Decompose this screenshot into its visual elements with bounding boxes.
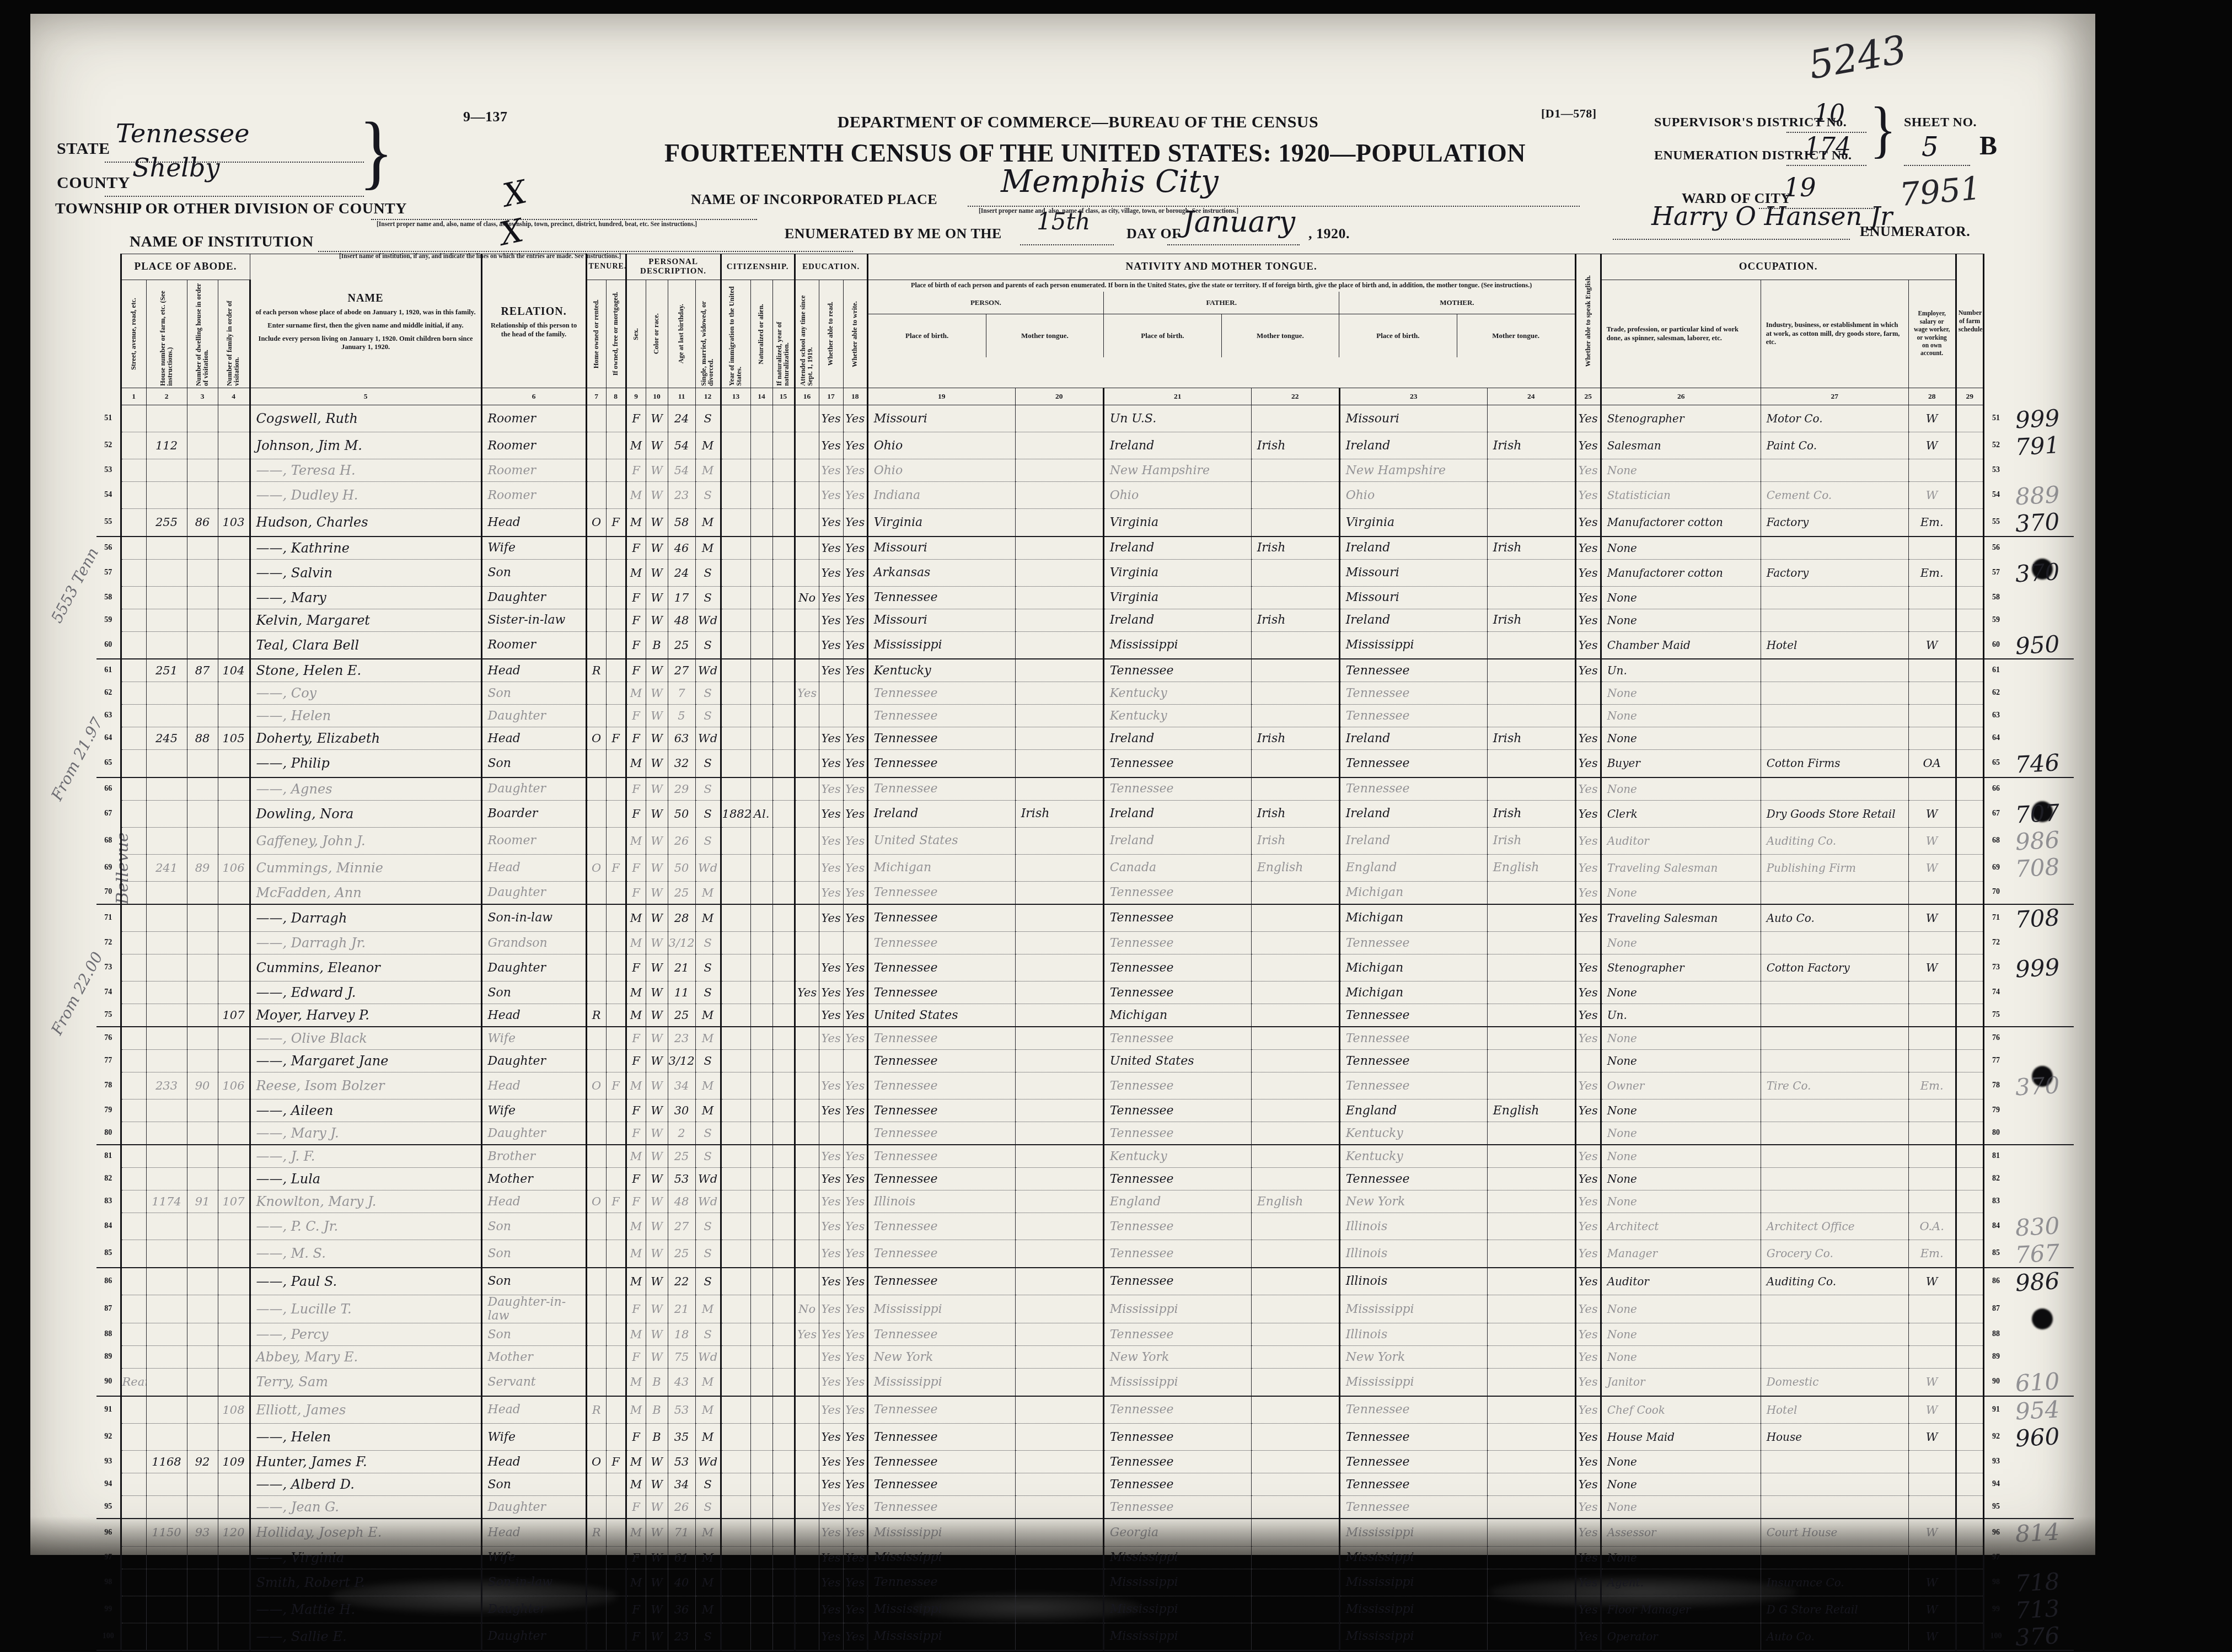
cell-write: Yes xyxy=(843,586,867,609)
group-name: NAME of each person whose place of abode… xyxy=(250,254,481,388)
cell-mt xyxy=(1015,405,1103,432)
cell-pob: Tennessee xyxy=(867,981,1015,1004)
table-header: PLACE OF ABODE. NAME of each person whos… xyxy=(96,254,2074,405)
pencil-margin-number xyxy=(2007,1097,2074,1123)
group-relation: RELATION. Relationship of this person to… xyxy=(481,254,586,388)
mother-header: MOTHER. xyxy=(1339,292,1575,314)
cell-dwelling xyxy=(187,682,218,705)
cell-street xyxy=(121,586,146,609)
cell-occ: None xyxy=(1601,1027,1761,1050)
cell-write: Yes xyxy=(843,537,867,560)
group-citizenship: CITIZENSHIP. xyxy=(721,254,795,280)
table-row: 66——, AgnesDaughterFW29SYesYesTennesseeT… xyxy=(96,777,2074,801)
cell-imm xyxy=(721,659,750,682)
cell-read: Yes xyxy=(819,1346,843,1369)
cell-home: O xyxy=(586,727,606,750)
cell-dwelling xyxy=(187,1569,218,1596)
township-note: [Insert proper name and, also, name of c… xyxy=(377,221,697,228)
cell-dwelling xyxy=(187,1424,218,1451)
cell-pobf: United States xyxy=(1103,1050,1251,1072)
cell-pobf: Tennessee xyxy=(1103,750,1251,777)
cell-pob: United States xyxy=(867,827,1015,854)
cell-marital: Wd xyxy=(695,609,721,631)
cell-emp: W xyxy=(1908,1268,1956,1295)
cell-street xyxy=(121,1519,146,1546)
cell-mt xyxy=(1015,1004,1103,1027)
table-row: 86——, Paul S.SonMW22SYesYesTennesseeTenn… xyxy=(96,1268,2074,1295)
cell-farm xyxy=(1956,1240,1983,1268)
pencil-margin-number xyxy=(2007,584,2074,610)
cell-emp: W xyxy=(1908,1396,1956,1424)
cell-free xyxy=(606,1004,626,1027)
cell-free xyxy=(606,881,626,904)
cell-school xyxy=(795,537,819,560)
cell-street xyxy=(121,405,146,432)
cell-mt xyxy=(1015,954,1103,981)
cell-pobm: Illinois xyxy=(1339,1323,1487,1346)
cell-age: 23 xyxy=(668,482,695,509)
cell-mtf: Irish xyxy=(1251,727,1339,750)
line-number-right: 51 xyxy=(1983,405,2008,432)
cell-dwelling xyxy=(187,1122,218,1145)
cell-house xyxy=(146,904,187,932)
cell-mtm xyxy=(1487,1519,1575,1546)
cell-pobf: Virginia xyxy=(1103,559,1251,586)
pencil-margin-number: 999 xyxy=(2007,403,2074,433)
cell-color: W xyxy=(646,1519,668,1546)
enumerated-label: ENUMERATED BY ME ON THE xyxy=(785,226,1002,242)
line-number-left: 88 xyxy=(96,1323,121,1346)
cell-family: 103 xyxy=(218,509,250,537)
cell-mt xyxy=(1015,1623,1103,1632)
cell-pobm: New York xyxy=(1339,1346,1487,1369)
cell-pobm: Tennessee xyxy=(1339,1424,1487,1451)
cell-imm xyxy=(721,509,750,537)
cell-dwelling xyxy=(187,1145,218,1168)
cell-ind: Auto Co. xyxy=(1761,1623,1908,1632)
able-to-write-label: Whether able to write. xyxy=(851,301,859,367)
cell-name: Knowlton, Mary J. xyxy=(250,1190,481,1213)
relation-note: Relationship of this person to the head … xyxy=(484,321,584,339)
cell-read: Yes xyxy=(819,1072,843,1099)
cell-sex: F xyxy=(626,777,646,801)
cell-occ: Manufactorer cotton xyxy=(1601,509,1761,537)
cell-dwelling xyxy=(187,1546,218,1569)
cell-farm xyxy=(1956,1145,1983,1168)
cell-ind xyxy=(1761,537,1908,560)
cell-mtm xyxy=(1487,705,1575,727)
cell-sex: F xyxy=(626,537,646,560)
cell-family xyxy=(218,631,250,659)
cell-mt xyxy=(1015,631,1103,659)
cell-write: Yes xyxy=(843,1240,867,1268)
cell-natyr xyxy=(772,1396,795,1424)
cell-eng: Yes xyxy=(1575,1240,1601,1268)
line-number-right: 82 xyxy=(1983,1168,2008,1190)
cell-relation: Roomer xyxy=(481,482,586,509)
cell-occ: Auditor xyxy=(1601,1268,1761,1295)
cell-family xyxy=(218,954,250,981)
cell-house xyxy=(146,1145,187,1168)
cell-name: ——, Helen xyxy=(250,705,481,727)
cell-marital: S xyxy=(695,586,721,609)
cell-mtm xyxy=(1487,1004,1575,1027)
cell-read: Yes xyxy=(819,586,843,609)
cell-home xyxy=(586,459,606,482)
col-number-20: 20 xyxy=(1015,388,1103,405)
cell-home xyxy=(586,1496,606,1519)
cell-name: Holliday, Joseph E. xyxy=(250,1519,481,1546)
cell-free xyxy=(606,682,626,705)
cell-mt xyxy=(1015,750,1103,777)
cell-emp xyxy=(1908,1496,1956,1519)
table-row: 96115093120Holliday, Joseph E.HeadRMW71M… xyxy=(96,1519,2074,1546)
cell-pob: Tennessee xyxy=(867,705,1015,727)
cell-emp: Em. xyxy=(1908,1072,1956,1099)
line-number-left: 72 xyxy=(96,932,121,954)
cell-mtm xyxy=(1487,1546,1575,1569)
cell-free: F xyxy=(606,854,626,881)
cell-home xyxy=(586,1623,606,1632)
cell-marital: M xyxy=(695,1546,721,1569)
line-number-right: 69 xyxy=(1983,854,2008,881)
cell-relation: Head xyxy=(481,1519,586,1546)
cell-read: Yes xyxy=(819,1473,843,1496)
cell-home xyxy=(586,1424,606,1451)
cell-farm xyxy=(1956,750,1983,777)
cell-house xyxy=(146,1240,187,1268)
cell-read: Yes xyxy=(819,432,843,459)
cell-emp xyxy=(1908,659,1956,682)
cell-street xyxy=(121,854,146,881)
cell-sex: F xyxy=(626,1623,646,1632)
cell-mtf xyxy=(1251,1004,1339,1027)
cell-dwelling xyxy=(187,954,218,981)
cell-mtf xyxy=(1251,1027,1339,1050)
col-header-age: Age at last birthday. xyxy=(668,280,695,388)
line-number-right: 95 xyxy=(1983,1496,2008,1519)
cell-read: Yes xyxy=(819,1451,843,1473)
cell-mtm xyxy=(1487,405,1575,432)
dwelling-number-label: Number of dwelling house in order of vis… xyxy=(195,282,210,386)
cell-dwelling xyxy=(187,432,218,459)
cell-farm xyxy=(1956,559,1983,586)
cell-school xyxy=(795,1004,819,1027)
cell-house xyxy=(146,827,187,854)
cell-read: Yes xyxy=(819,405,843,432)
cell-home xyxy=(586,705,606,727)
person-pob-label: Place of birth. xyxy=(868,314,986,358)
cell-marital: S xyxy=(695,1213,721,1240)
cell-sex: F xyxy=(626,1050,646,1072)
cell-house: 255 xyxy=(146,509,187,537)
cell-street xyxy=(121,559,146,586)
enumdist-line xyxy=(1786,165,1866,166)
cell-nat xyxy=(750,1145,772,1168)
cell-ind xyxy=(1761,682,1908,705)
cell-eng: Yes xyxy=(1575,586,1601,609)
cell-relation: Servant xyxy=(481,1369,586,1396)
cell-free xyxy=(606,1323,626,1346)
cell-relation: Son xyxy=(481,682,586,705)
cell-mtf xyxy=(1251,705,1339,727)
cell-farm xyxy=(1956,1004,1983,1027)
cell-read: Yes xyxy=(819,1424,843,1451)
group-tenure: TENURE. xyxy=(586,254,626,280)
cell-ind: Cotton Firms xyxy=(1761,750,1908,777)
cell-read: Yes xyxy=(819,1145,843,1168)
cell-pob: Tennessee xyxy=(867,727,1015,750)
cell-street xyxy=(121,631,146,659)
cell-emp xyxy=(1908,537,1956,560)
cell-write: Yes xyxy=(843,509,867,537)
cell-nat xyxy=(750,1596,772,1623)
cell-street xyxy=(121,659,146,682)
cell-marital: S xyxy=(695,800,721,827)
table-row: 63——, HelenDaughterFW5STennesseeKentucky… xyxy=(96,705,2074,727)
line-number-right: 71 xyxy=(1983,904,2008,932)
cell-emp: OA xyxy=(1908,750,1956,777)
cell-sex: F xyxy=(626,705,646,727)
cell-mtm xyxy=(1487,1050,1575,1072)
cell-free xyxy=(606,777,626,801)
cell-pobf: Tennessee xyxy=(1103,1122,1251,1145)
cell-sex: F xyxy=(626,1596,646,1623)
line-number-right: 66 xyxy=(1983,777,2008,801)
cell-home xyxy=(586,1569,606,1596)
cell-eng xyxy=(1575,1050,1601,1072)
pencil-margin xyxy=(2008,254,2074,405)
pencil-margin-number xyxy=(2007,680,2074,706)
cell-dwelling xyxy=(187,1268,218,1295)
cell-name: Moyer, Harvey P. xyxy=(250,1004,481,1027)
cell-mt: Irish xyxy=(1015,800,1103,827)
cell-pobf: Tennessee xyxy=(1103,659,1251,682)
cell-color: B xyxy=(646,1396,668,1424)
pencil-margin-number: 954 xyxy=(2007,1394,2074,1425)
cell-mtm xyxy=(1487,1190,1575,1213)
line-number-right: 91 xyxy=(1983,1396,2008,1424)
cell-relation: Head xyxy=(481,727,586,750)
cell-marital: Wd xyxy=(695,1190,721,1213)
line-number-right: 86 xyxy=(1983,1268,2008,1295)
cell-free xyxy=(606,1569,626,1596)
cell-age: 35 xyxy=(668,1424,695,1451)
cell-nat xyxy=(750,1451,772,1473)
cell-pobm: Illinois xyxy=(1339,1268,1487,1295)
col-number-17: 17 xyxy=(819,388,843,405)
cell-home xyxy=(586,1346,606,1369)
ward-value: 19 xyxy=(1784,173,1816,202)
cell-imm xyxy=(721,1004,750,1027)
cell-family xyxy=(218,750,250,777)
cell-mtm xyxy=(1487,904,1575,932)
cell-natyr xyxy=(772,1122,795,1145)
cell-age: 54 xyxy=(668,459,695,482)
cell-family xyxy=(218,682,250,705)
cell-free xyxy=(606,954,626,981)
cell-school xyxy=(795,1569,819,1596)
cell-color: W xyxy=(646,1596,668,1623)
cell-natyr xyxy=(772,904,795,932)
industry-label: Industry, business, or establishment in … xyxy=(1763,321,1907,347)
cell-nat xyxy=(750,981,772,1004)
cell-eng: Yes xyxy=(1575,1369,1601,1396)
cell-name: ——, Lula xyxy=(250,1168,481,1190)
cell-mtf xyxy=(1251,1268,1339,1295)
cell-mtm xyxy=(1487,750,1575,777)
cell-free xyxy=(606,482,626,509)
cell-write: Yes xyxy=(843,1519,867,1546)
cell-nat xyxy=(750,405,772,432)
cell-age: 25 xyxy=(668,1240,695,1268)
cell-mtf xyxy=(1251,659,1339,682)
cell-pobf: Michigan xyxy=(1103,1004,1251,1027)
cell-pobm: Mississippi xyxy=(1339,1623,1487,1632)
cell-dwelling xyxy=(187,800,218,827)
age-label: Age at last birthday. xyxy=(678,304,685,363)
line-number-right: 96 xyxy=(1983,1519,2008,1546)
cell-relation: Daughter xyxy=(481,881,586,904)
cell-home xyxy=(586,405,606,432)
line-number-left: 87 xyxy=(96,1295,121,1323)
cell-house: 1150 xyxy=(146,1519,187,1546)
cell-eng: Yes xyxy=(1575,750,1601,777)
cell-marital: S xyxy=(695,559,721,586)
cell-natyr xyxy=(772,537,795,560)
cell-pobf: Ireland xyxy=(1103,609,1251,631)
cell-imm xyxy=(721,631,750,659)
cell-color: W xyxy=(646,682,668,705)
cell-age: 21 xyxy=(668,954,695,981)
cell-family: 106 xyxy=(218,1072,250,1099)
cell-name: ——, Percy xyxy=(250,1323,481,1346)
cell-ind: Hotel xyxy=(1761,1396,1908,1424)
cell-marital: S xyxy=(695,1050,721,1072)
line-number-left: 60 xyxy=(96,631,121,659)
cell-mt xyxy=(1015,1050,1103,1072)
cell-natyr xyxy=(772,405,795,432)
cell-farm xyxy=(1956,631,1983,659)
cell-home xyxy=(586,1473,606,1496)
cell-mtm: Irish xyxy=(1487,827,1575,854)
cell-nat xyxy=(750,537,772,560)
line-number-left: 94 xyxy=(96,1473,121,1496)
cell-natyr xyxy=(772,800,795,827)
cell-family: 105 xyxy=(218,727,250,750)
cell-occ: None xyxy=(1601,1496,1761,1519)
cell-mtm: Irish xyxy=(1487,537,1575,560)
cell-color: W xyxy=(646,881,668,904)
cell-read: Yes xyxy=(819,559,843,586)
col-header-able-to-read: Whether able to read. xyxy=(819,280,843,388)
cell-occ: Stenographer xyxy=(1601,954,1761,981)
line-number-right: 52 xyxy=(1983,432,2008,459)
cell-street xyxy=(121,932,146,954)
cell-dwelling xyxy=(187,705,218,727)
naturalization-year-label: If naturalized, year of naturalization. xyxy=(776,282,791,386)
brace-left: } xyxy=(359,111,393,194)
cell-nat xyxy=(750,1050,772,1072)
cell-mtf xyxy=(1251,1072,1339,1099)
cell-write: Yes xyxy=(843,854,867,881)
cell-free xyxy=(606,1213,626,1240)
cell-relation: Head xyxy=(481,854,586,881)
cell-street xyxy=(121,1050,146,1072)
cell-pob: Tennessee xyxy=(867,1496,1015,1519)
cell-school xyxy=(795,1072,819,1099)
cell-pobf: Tennessee xyxy=(1103,954,1251,981)
cell-mtf xyxy=(1251,559,1339,586)
cell-color: W xyxy=(646,1623,668,1632)
cell-relation: Head xyxy=(481,509,586,537)
cell-family xyxy=(218,609,250,631)
cell-mt xyxy=(1015,1519,1103,1546)
cell-eng: Yes xyxy=(1575,1190,1601,1213)
line-number-left: 69 xyxy=(96,854,121,881)
cell-family xyxy=(218,1240,250,1268)
cell-street xyxy=(121,482,146,509)
cell-mtf: Irish xyxy=(1251,800,1339,827)
cell-home: O xyxy=(586,1451,606,1473)
line-number-left: 52 xyxy=(96,432,121,459)
cell-occ: Un. xyxy=(1601,1004,1761,1027)
cell-school xyxy=(795,459,819,482)
col-number-14: 14 xyxy=(750,388,772,405)
line-number-left: 61 xyxy=(96,659,121,682)
cell-ind xyxy=(1761,777,1908,801)
enumerator-label: ENUMERATOR. xyxy=(1860,223,1970,240)
cell-read: Yes xyxy=(819,1268,843,1295)
col-number-12: 12 xyxy=(695,388,721,405)
cell-color: W xyxy=(646,800,668,827)
cell-street xyxy=(121,432,146,459)
cell-natyr xyxy=(772,509,795,537)
cell-imm xyxy=(721,1596,750,1623)
cell-color: W xyxy=(646,705,668,727)
cell-nat xyxy=(750,904,772,932)
cell-mt xyxy=(1015,537,1103,560)
table-row: 97——, VirginiaWifeFW61MYesYesMississippi… xyxy=(96,1546,2074,1569)
cell-pobm: Tennessee xyxy=(1339,1473,1487,1496)
cell-mtm xyxy=(1487,1396,1575,1424)
cell-occ: None xyxy=(1601,459,1761,482)
cell-marital: S xyxy=(695,981,721,1004)
cell-pobf: Kentucky xyxy=(1103,1145,1251,1168)
cell-natyr xyxy=(772,1323,795,1346)
pencil-margin-number: 986 xyxy=(2007,1265,2074,1296)
cell-nat xyxy=(750,1369,772,1396)
cell-pobf: Tennessee xyxy=(1103,1424,1251,1451)
cell-mtf xyxy=(1251,881,1339,904)
cell-dwelling xyxy=(187,827,218,854)
cell-house xyxy=(146,537,187,560)
cell-pob: Tennessee xyxy=(867,932,1015,954)
line-number-right: 75 xyxy=(1983,1004,2008,1027)
day-of-label: DAY OF xyxy=(1126,226,1181,242)
cell-home xyxy=(586,586,606,609)
cell-color: W xyxy=(646,1190,668,1213)
pencil-margin-number xyxy=(2007,1344,2074,1370)
cell-family xyxy=(218,1623,250,1632)
cell-age: 23 xyxy=(668,1623,695,1632)
cell-occ: None xyxy=(1601,932,1761,954)
col-number-25: 25 xyxy=(1575,388,1601,405)
cell-farm xyxy=(1956,1122,1983,1145)
cell-mtf xyxy=(1251,1323,1339,1346)
cell-occ: Salesman xyxy=(1601,432,1761,459)
cell-family xyxy=(218,1268,250,1295)
